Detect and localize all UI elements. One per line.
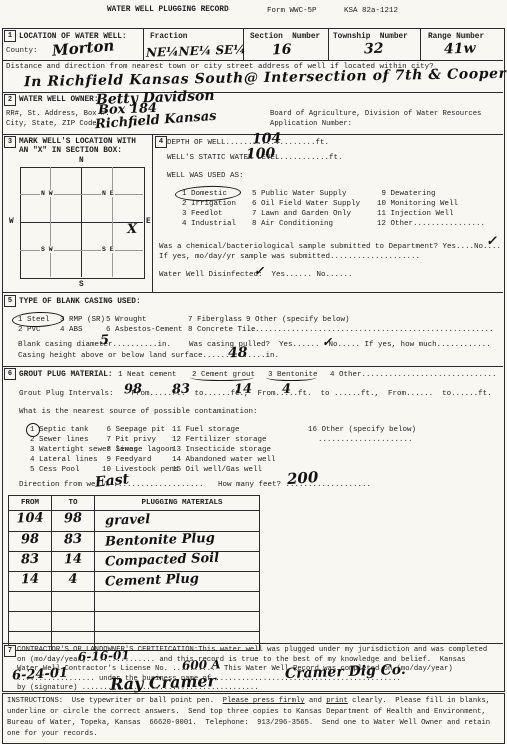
instructions-line-4: one for your records. xyxy=(7,730,98,739)
to-value xyxy=(52,592,94,593)
instructions-line-3: Bureau of Water, Topeka, Kansas 66620-00… xyxy=(7,719,490,728)
compass-south-label: S xyxy=(79,281,84,290)
instructions-seg-3: and xyxy=(305,697,327,705)
material-value: gravel xyxy=(105,509,259,527)
grid-ne-label: N E xyxy=(101,190,115,197)
from-value: 104 xyxy=(9,511,51,525)
compass-east-label: E xyxy=(146,218,151,227)
table-row: 83 14 Compacted Soil xyxy=(9,551,259,571)
use-option-injection: 11 Injection Well xyxy=(377,210,454,219)
section-number-value: 16 xyxy=(272,44,292,57)
casing-option-other: 9 Other (specify below) xyxy=(246,316,350,325)
material-value xyxy=(105,590,259,595)
grout-intervals-label: Grout Plug Intervals: From.....ft. to...… xyxy=(19,390,492,399)
interval-1-from: 98 xyxy=(124,384,143,397)
interval-2-to: 4 xyxy=(282,384,291,396)
divider xyxy=(2,366,503,367)
how-many-feet-value: 200 xyxy=(287,471,319,485)
cont-option-sewer-lines: 2 Sewer lines xyxy=(30,436,89,445)
grid-sw-label: S W xyxy=(40,246,54,253)
use-option-public-water: 5 Public Water Supply xyxy=(252,190,347,199)
use-option-monitoring: 10 Monitoring Well xyxy=(377,200,458,209)
direction-from-well-value: East xyxy=(94,473,129,488)
sample-date-label: If yes, mo/day/yr sample was submitted..… xyxy=(159,253,420,262)
grout-option-other: 4 Other.............................. xyxy=(330,371,497,380)
instructions-seg-1: INSTRUCTIONS: Use typewriter or ball poi… xyxy=(7,697,223,705)
use-option-other: 12 Other................ xyxy=(377,220,485,229)
instructions-seg-5: clearly. Please fill in blanks, xyxy=(348,697,490,705)
instructions-line-1: INSTRUCTIONS: Use typewriter or ball poi… xyxy=(7,697,490,706)
from-value: 83 xyxy=(9,552,51,566)
casing-pulled-no-checkmark: ✓ xyxy=(322,336,332,348)
cont-option-lateral-lines: 4 Lateral lines xyxy=(30,456,98,465)
instructions-print-underlined: print xyxy=(326,697,348,705)
fraction-value: NE¼NE¼ SE¼ xyxy=(146,43,246,58)
grid-nw-label: N W xyxy=(40,190,54,197)
section-3-title-line2: AN "X" IN SECTION BOX: xyxy=(19,147,122,156)
to-column-header: TO xyxy=(52,496,95,510)
material-value xyxy=(105,630,259,635)
section-number-label: Section Number xyxy=(250,33,320,42)
application-number-label: Application Number: xyxy=(270,120,352,129)
section-6-number: 6 xyxy=(4,368,16,380)
casing-option-fiberglass: 7 Fiberglass xyxy=(188,316,242,325)
section-4-number: 4 xyxy=(155,136,167,148)
table-row: 14 4 Cement Plug xyxy=(9,571,259,591)
county-label: County: xyxy=(6,47,38,56)
section-3-number: 3 xyxy=(4,136,16,148)
use-option-industrial: 4 Industrial xyxy=(182,220,236,229)
casing-option-pvc: 2 PVC xyxy=(18,326,41,335)
contractor-signature: Ray Cramer xyxy=(110,675,216,691)
cont-option-pit-privy: 7 Pit privy xyxy=(102,436,156,445)
cont-option-other: 16 Other (specify below) xyxy=(308,426,416,435)
form-statute: KSA 82a-1212 xyxy=(344,7,398,16)
divider xyxy=(420,28,421,60)
interval-2-from: 14 xyxy=(234,384,253,397)
cont-option-seepage-pit: 6 Seepage pit xyxy=(102,426,165,435)
casing-other-blank: ........................................… xyxy=(246,326,494,335)
grid-se-label: S E xyxy=(101,246,115,253)
record-completed-date: 6-24-01 xyxy=(12,668,69,683)
compass-north-label: N xyxy=(79,157,84,166)
divider xyxy=(2,292,503,293)
instructions-press-firmly-underlined: Please press firmly xyxy=(223,697,305,705)
sample-submitted-question: Was a chemical/bacteriological sample su… xyxy=(159,243,501,252)
cont-other-blank: ..................... xyxy=(318,436,413,445)
cont-option-feedyard: 9 Feedyard xyxy=(102,456,152,465)
from-value: 98 xyxy=(9,532,51,546)
instructions-line-2: underline or circle the correct answers.… xyxy=(7,708,486,717)
table-row xyxy=(9,611,259,631)
use-option-irrigation: 2 Irrigation xyxy=(182,200,236,209)
use-option-feedlot: 3 Feedlot xyxy=(182,210,223,219)
plugging-materials-table: FROM TO PLUGGING MATERIALS 104 98 gravel… xyxy=(8,495,260,651)
plugging-materials-column-header: PLUGGING MATERIALS xyxy=(95,496,259,510)
to-value: 98 xyxy=(52,511,94,525)
grid-quarter-horizontal-line xyxy=(20,194,143,195)
to-value: 14 xyxy=(52,552,94,566)
range-number-value: 41w xyxy=(444,42,476,55)
contractor-license-number: 600 A xyxy=(182,658,221,671)
from-value xyxy=(9,632,51,633)
well-used-as-label: WELL WAS USED AS: xyxy=(167,172,244,181)
use-option-oil-field: 6 Oil Field Water Supply xyxy=(252,200,360,209)
compass-west-label: W xyxy=(9,218,14,227)
well-location-x-mark: X xyxy=(127,224,138,236)
table-row: 104 98 gravel xyxy=(9,510,259,531)
casing-option-rmp: 3 RMP (SR) xyxy=(60,316,105,325)
septic-tank-selection-circle xyxy=(26,423,40,437)
section-6-title: GROUT PLUG MATERIAL: xyxy=(19,371,113,380)
section-1-number: 1 xyxy=(4,30,16,42)
casing-option-abs: 4 ABS xyxy=(60,326,83,335)
plugging-completed-date: 6-16-01 xyxy=(78,649,130,663)
county-value: Morton xyxy=(52,39,115,56)
casing-diameter-line: Blank casing diameter..........in. Was c… xyxy=(18,341,491,350)
use-option-air-conditioning: 8 Air Conditioning xyxy=(252,220,333,229)
casing-diameter-value: 5 xyxy=(100,335,109,347)
cont-option-fertilizer: 12 Fertilizer storage xyxy=(172,436,267,445)
material-value: Bentonite Plug xyxy=(105,530,259,548)
from-value xyxy=(9,592,51,593)
divider xyxy=(328,28,329,60)
disinfected-yes-checkmark: ✓ xyxy=(254,265,264,277)
static-water-level-value: 100 xyxy=(246,147,276,160)
cont-option-oil-gas-well: 15 Oil well/Gas well xyxy=(172,466,262,475)
contamination-question: What is the nearest source of possible c… xyxy=(19,408,258,417)
divider xyxy=(2,60,503,61)
casing-option-asbestos: 6 Asbestos-Cement xyxy=(106,326,183,335)
to-value: 83 xyxy=(52,532,94,546)
fraction-label: Fraction xyxy=(150,33,187,42)
owner-label: WATER WELL OWNER: xyxy=(19,96,99,105)
from-value: 14 xyxy=(9,572,51,586)
section-3-title-line1: MARK WELL'S LOCATION WITH xyxy=(19,138,136,147)
section-5-number: 5 xyxy=(4,295,16,307)
table-row: 98 83 Bentonite Plug xyxy=(9,531,259,551)
cont-option-cess-pool: 5 Cess Pool xyxy=(30,466,80,475)
grid-quarter-vertical-line xyxy=(50,167,51,277)
from-column-header: FROM xyxy=(9,496,52,510)
interval-1-to: 83 xyxy=(172,384,191,397)
divider xyxy=(2,92,503,93)
section-7-number: 7 xyxy=(4,645,16,657)
to-value xyxy=(52,612,94,613)
casing-height-value: 48 xyxy=(228,347,248,360)
form-title: WATER WELL PLUGGING RECORD xyxy=(107,6,229,15)
township-number-value: 32 xyxy=(364,43,384,56)
grid-center-horizontal-line xyxy=(20,222,143,223)
bentonite-underline xyxy=(266,373,316,381)
depth-of-well-value: 104 xyxy=(252,132,282,145)
table-header-row: FROM TO PLUGGING MATERIALS xyxy=(9,496,259,510)
cont-option-sewage-lagoon: 8 Sewage lagoon xyxy=(102,446,174,455)
section-5-title: TYPE OF BLANK CASING USED: xyxy=(19,298,141,307)
divider xyxy=(152,134,153,292)
material-value xyxy=(105,610,259,615)
business-name-value: Cramer Dig Co. xyxy=(285,664,406,680)
cont-option-insecticide: 13 Insecticide storage xyxy=(172,446,271,455)
from-value xyxy=(9,612,51,613)
cont-option-abandoned-well: 14 Abandoned water well xyxy=(172,456,276,465)
to-value xyxy=(52,632,94,633)
casing-option-wrought: 5 Wrought xyxy=(106,316,147,325)
section-2-number: 2 xyxy=(4,94,16,106)
form-number: Form WWC-5P xyxy=(267,7,317,16)
use-option-dewatering: 9 Dewatering xyxy=(377,190,436,199)
board-of-agriculture-label: Board of Agriculture, Division of Water … xyxy=(270,110,481,119)
grid-quarter-horizontal-line xyxy=(20,250,143,251)
grid-quarter-vertical-line xyxy=(112,167,113,277)
material-value: Cement Plug xyxy=(105,570,259,588)
sample-no-checkmark: ✓ xyxy=(486,236,497,248)
cont-option-fuel-storage: 11 Fuel storage xyxy=(172,426,240,435)
table-row xyxy=(9,591,259,611)
water-well-plugging-record-form: WATER WELL PLUGGING RECORD Form WWC-5P K… xyxy=(0,0,507,744)
cement-grout-underline xyxy=(190,373,254,381)
use-option-lawn-garden: 7 Lawn and Garden Only xyxy=(252,210,351,219)
material-value: Compacted Soil xyxy=(105,550,259,568)
grout-option-neat-cement: 1 Neat cement xyxy=(118,371,177,380)
to-value: 4 xyxy=(52,572,94,586)
divider xyxy=(143,28,144,60)
